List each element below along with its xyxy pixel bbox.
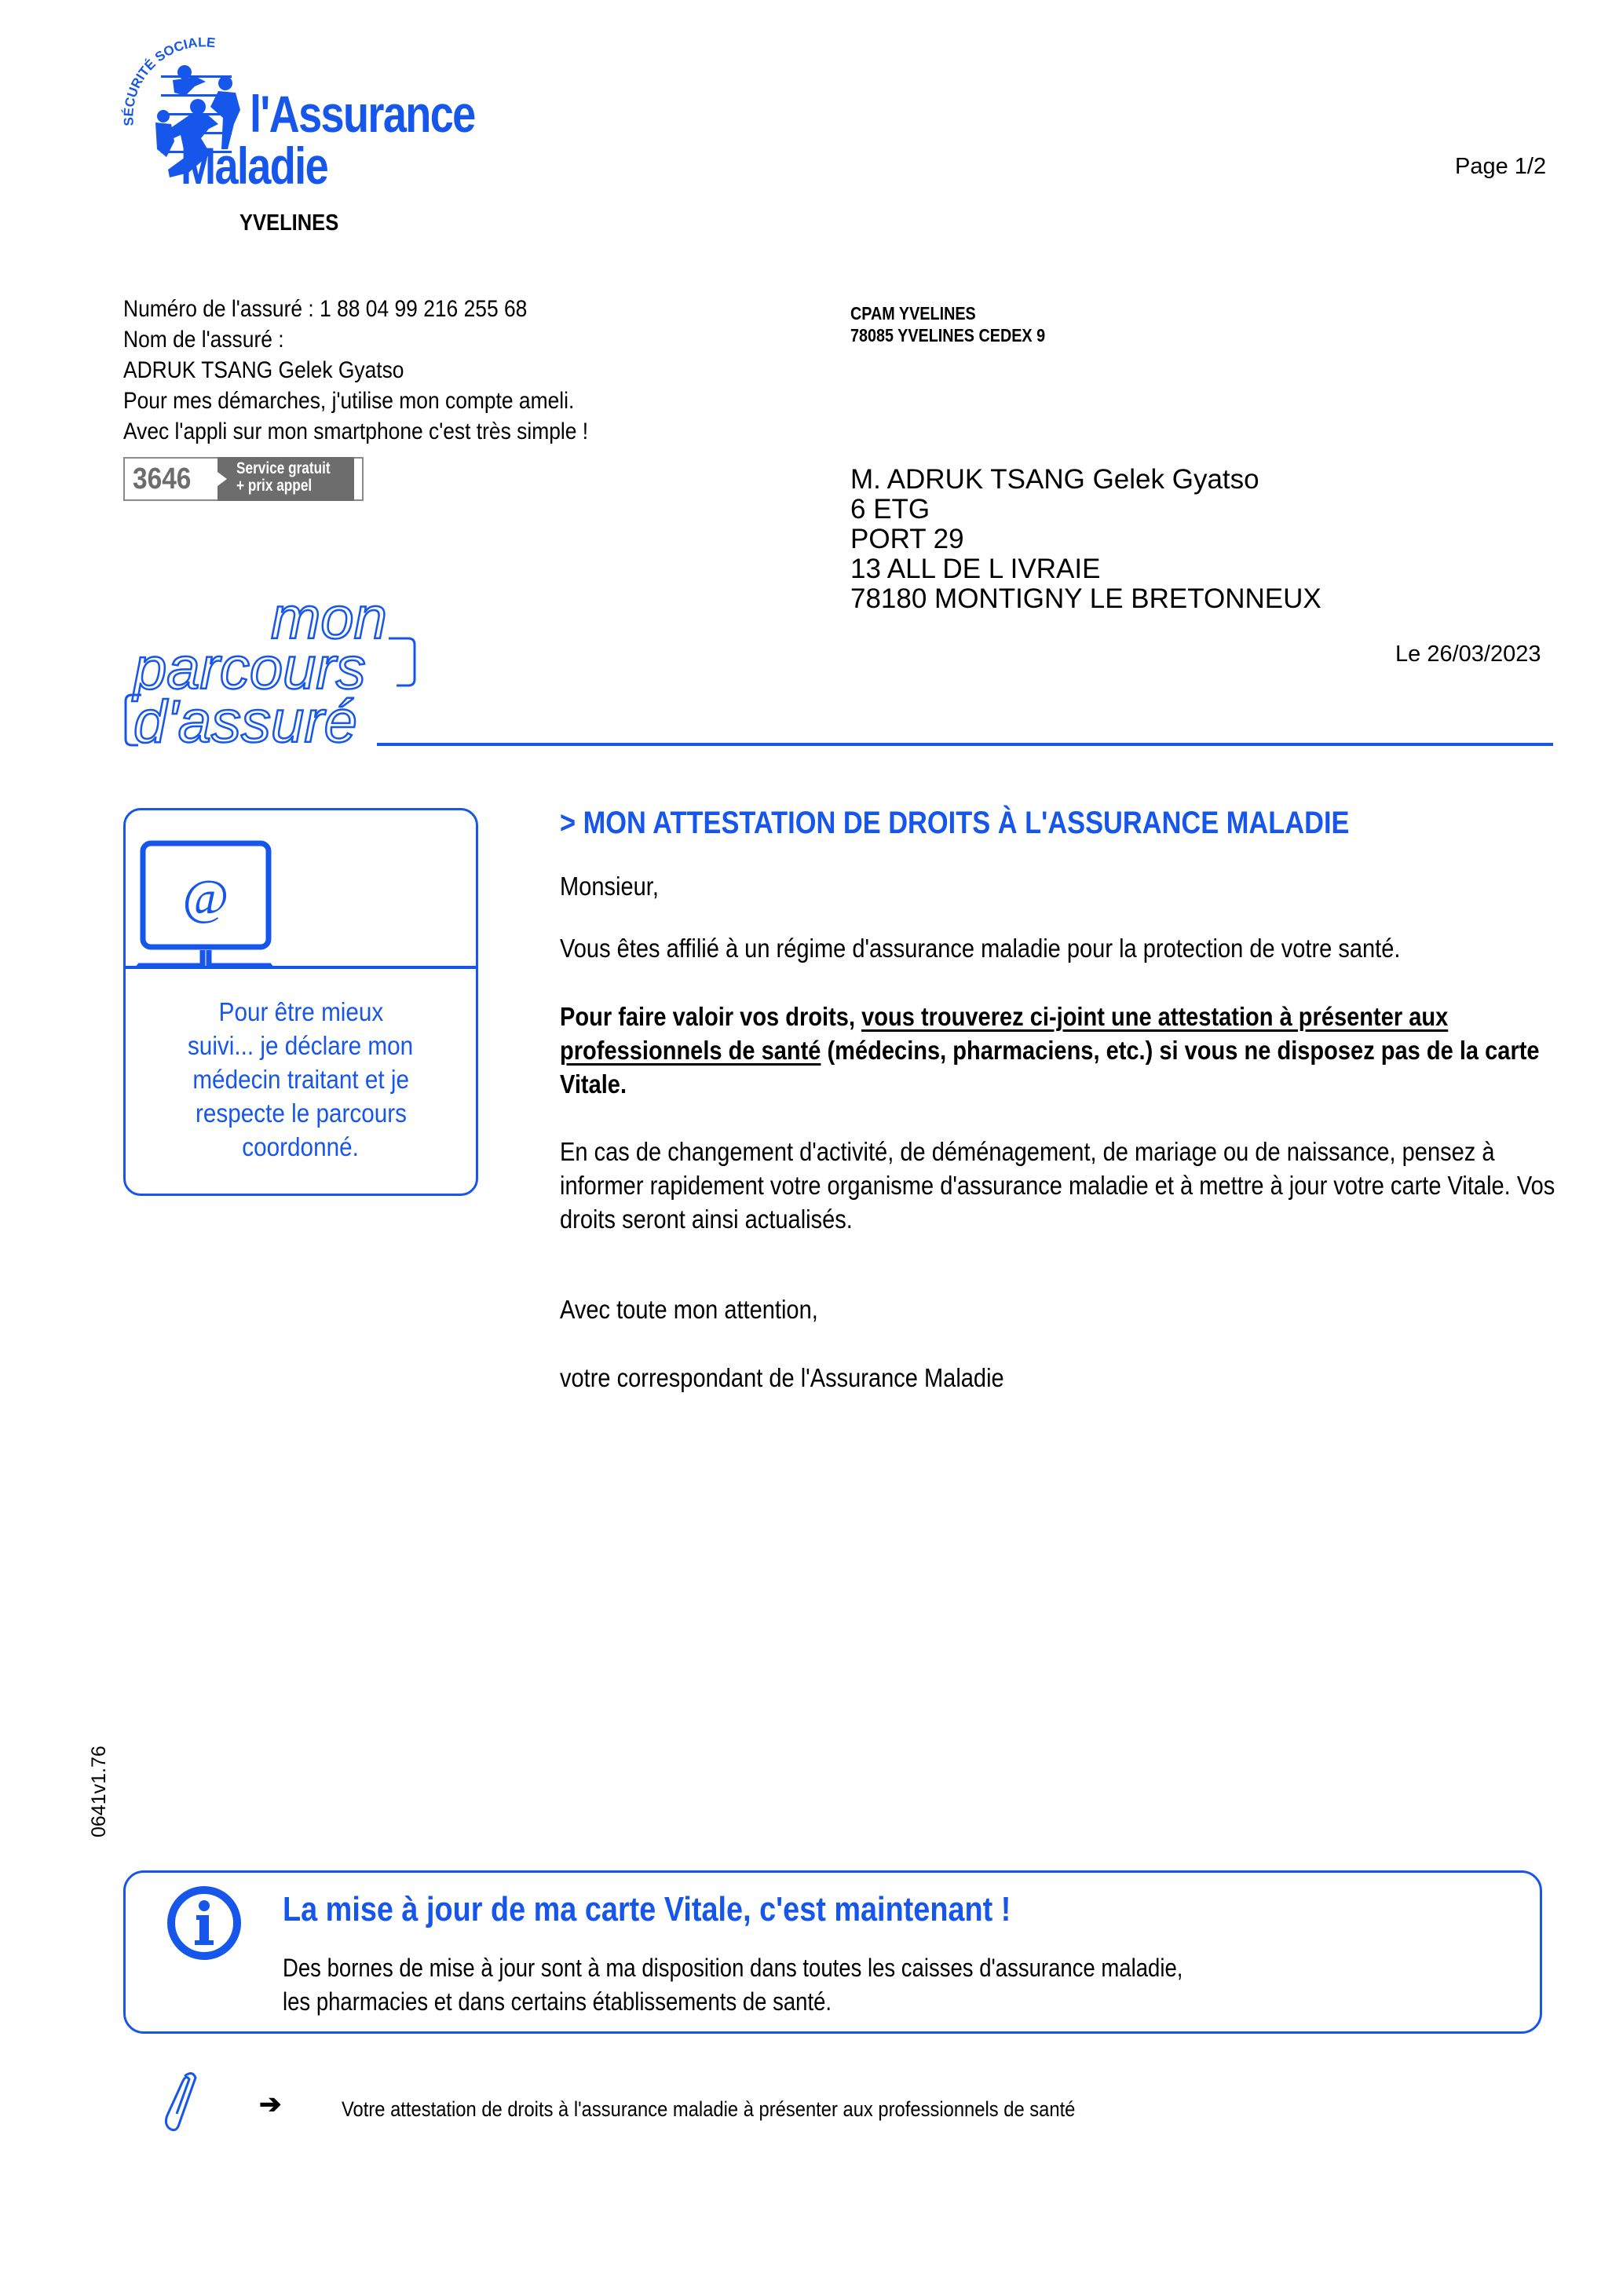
page-indicator: Page 1/2 — [1455, 154, 1546, 180]
letter-paragraph-3: En cas de changement d'activité, de démé… — [560, 1135, 1557, 1236]
document-reference: 0641v1.76 — [88, 1746, 111, 1837]
sender-address: CPAM YVELINES 78085 YVELINES CEDEX 9 — [850, 302, 1045, 346]
sender-line2: 78085 YVELINES CEDEX 9 — [850, 324, 1045, 346]
logo-text-maladie: Maladie — [181, 140, 327, 192]
letter-date: Le 26/03/2023 — [1395, 642, 1541, 667]
letter-paragraph-1: Vous êtes affilié à un régime d'assuranc… — [560, 931, 1557, 965]
carte-vitale-notice: La mise à jour de ma carte Vitale, c'est… — [123, 1870, 1542, 2034]
insured-number: Numéro de l'assuré : 1 88 04 99 216 255 … — [123, 294, 588, 324]
recipient-line: PORT 29 — [850, 525, 1321, 554]
medecin-traitant-box: @ Pour être mieux suivi... je déclare mo… — [123, 808, 478, 1196]
svg-text:d'assuré: d'assuré — [133, 689, 357, 754]
letter-greeting: Monsieur, — [560, 869, 1557, 903]
recipient-address: M. ADRUK TSANG Gelek Gyatso 6 ETG PORT 2… — [850, 465, 1321, 614]
assurance-maladie-logo: SÉCURITÉ SOCIALE l'Assurance Maladie — [118, 31, 479, 196]
sender-line1: CPAM YVELINES — [850, 302, 1045, 324]
insured-name-label: Nom de l'assuré : — [123, 324, 588, 355]
phone-3646-badge: 3646 Service gratuit + prix appel — [123, 457, 364, 501]
phone-tag-line2: + prix appel — [236, 477, 333, 495]
computer-at-icon: @ — [132, 826, 289, 967]
header-divider — [377, 743, 1553, 746]
recipient-line: 13 ALL DE L IVRAIE — [850, 554, 1321, 584]
letter-signature: votre correspondant de l'Assurance Malad… — [560, 1361, 1557, 1395]
medecin-traitant-text: Pour être mieux suivi... je déclare mon … — [126, 995, 476, 1164]
insured-info: Numéro de l'assuré : 1 88 04 99 216 255 … — [123, 294, 588, 447]
notice-body: Des bornes de mise à jour sont à ma disp… — [283, 1951, 1183, 2019]
phone-number: 3646 — [133, 462, 191, 496]
logo-text-assurance: l'Assurance — [250, 88, 475, 140]
notice-title: La mise à jour de ma carte Vitale, c'est… — [283, 1890, 1011, 1929]
info-icon — [165, 1884, 243, 1962]
arrow-right-icon: ➔ — [259, 2089, 282, 2120]
phone-tariff-tag: Service gratuit + prix appel — [217, 457, 354, 501]
phone-tag-line1: Service gratuit — [236, 460, 333, 477]
attachment-description: Votre attestation de droits à l'assuranc… — [342, 2097, 1075, 2122]
insured-name: ADRUK TSANG Gelek Gyatso — [123, 355, 588, 386]
letter-paragraph-2: Pour faire valoir vos droits, vous trouv… — [560, 1000, 1557, 1101]
mon-parcours-assure-logo: mon parcours d'assuré — [118, 585, 432, 754]
svg-text:@: @ — [183, 869, 229, 925]
letter-closing: Avec toute mon attention, — [560, 1292, 1557, 1326]
recipient-line: 6 ETG — [850, 495, 1321, 525]
recipient-line: M. ADRUK TSANG Gelek Gyatso — [850, 465, 1321, 495]
box-divider — [126, 966, 476, 969]
letter-title: > MON ATTESTATION DE DROITS À L'ASSURANC… — [560, 806, 1417, 841]
paperclip-icon — [161, 2070, 208, 2133]
recipient-line: 78180 MONTIGNY LE BRETONNEUX — [850, 584, 1321, 614]
ameli-promo-line2: Avec l'appli sur mon smartphone c'est tr… — [123, 416, 588, 447]
ameli-promo-line1: Pour mes démarches, j'utilise mon compte… — [123, 386, 588, 416]
region-label: YVELINES — [239, 210, 338, 236]
